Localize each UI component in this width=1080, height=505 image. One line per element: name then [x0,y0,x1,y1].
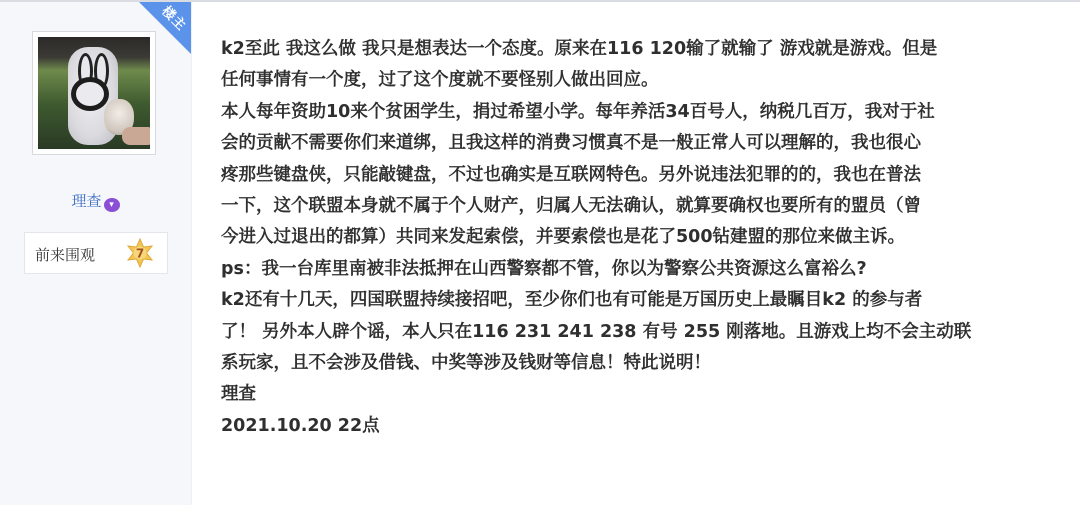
author-name[interactable]: 理查▾ [0,190,191,211]
rabbit-face [71,77,109,111]
avatar-image[interactable] [38,37,150,149]
medal-badge[interactable]: 前来围观 7 [24,232,168,274]
post-body: k2至此 我这么做 我只是想表达一个态度。原来在116 120输了就输了 游戏就… [221,34,1051,442]
medal-label: 前来围观 [35,244,95,265]
star-medal-icon: 7 [125,238,155,268]
post-line: ps：我一台库里南被非法抵押在山西警察都不管，你以为警察公共资源这么富裕么? [221,254,1051,285]
medal-level: 7 [136,247,144,261]
post-line: 今进入过退出的都算）共同来发起索偿，并要索偿也是花了500钻建盟的那位来做主诉。 [221,222,1051,253]
hand [122,127,150,145]
post-date: 2021.10.20 22点 [221,411,1051,442]
author-name-text[interactable]: 理查 [71,192,101,210]
post-line: 会的贡献不需要你们来道绑，且我这样的消费习惯真不是一般正常人可以理解的，我也很心 [221,128,1051,159]
author-sidebar: 楼主 理查▾ 前来围观 7 [0,2,192,505]
post-line: 任何事情有一个度，过了这个度就不要怪别人做出回应。 [221,65,1051,96]
post-line: 系玩家，且不会涉及借钱、中奖等涉及钱财等信息！特此说明！ [221,348,1051,379]
post-signature: 理查 [221,379,1051,410]
devil-emoji-icon: ▾ [104,198,120,212]
post-line: 一下，这个联盟本身就不属于个人财产，归属人无法确认，就算要确权也要所有的盟员（曾 [221,191,1051,222]
post-line: k2至此 我这么做 我只是想表达一个态度。原来在116 120输了就输了 游戏就… [221,34,1051,65]
avatar[interactable] [32,31,156,155]
post-line: k2还有十几天，四国联盟持续接招吧，至少你们也有可能是万国历史上最瞩目k2 的参… [221,285,1051,316]
post-line: 疼那些键盘侠，只能敲键盘，不过也确实是互联网特色。另外说违法犯罪的的，我也在普法 [221,160,1051,191]
post-line: 本人每年资助10来个贫困学生，捐过希望小学。每年养活34百号人，纳税几百万，我对… [221,97,1051,128]
post-line: 了！ 另外本人辟个谣，本人只在116 231 241 238 有号 255 刚落… [221,317,1051,348]
